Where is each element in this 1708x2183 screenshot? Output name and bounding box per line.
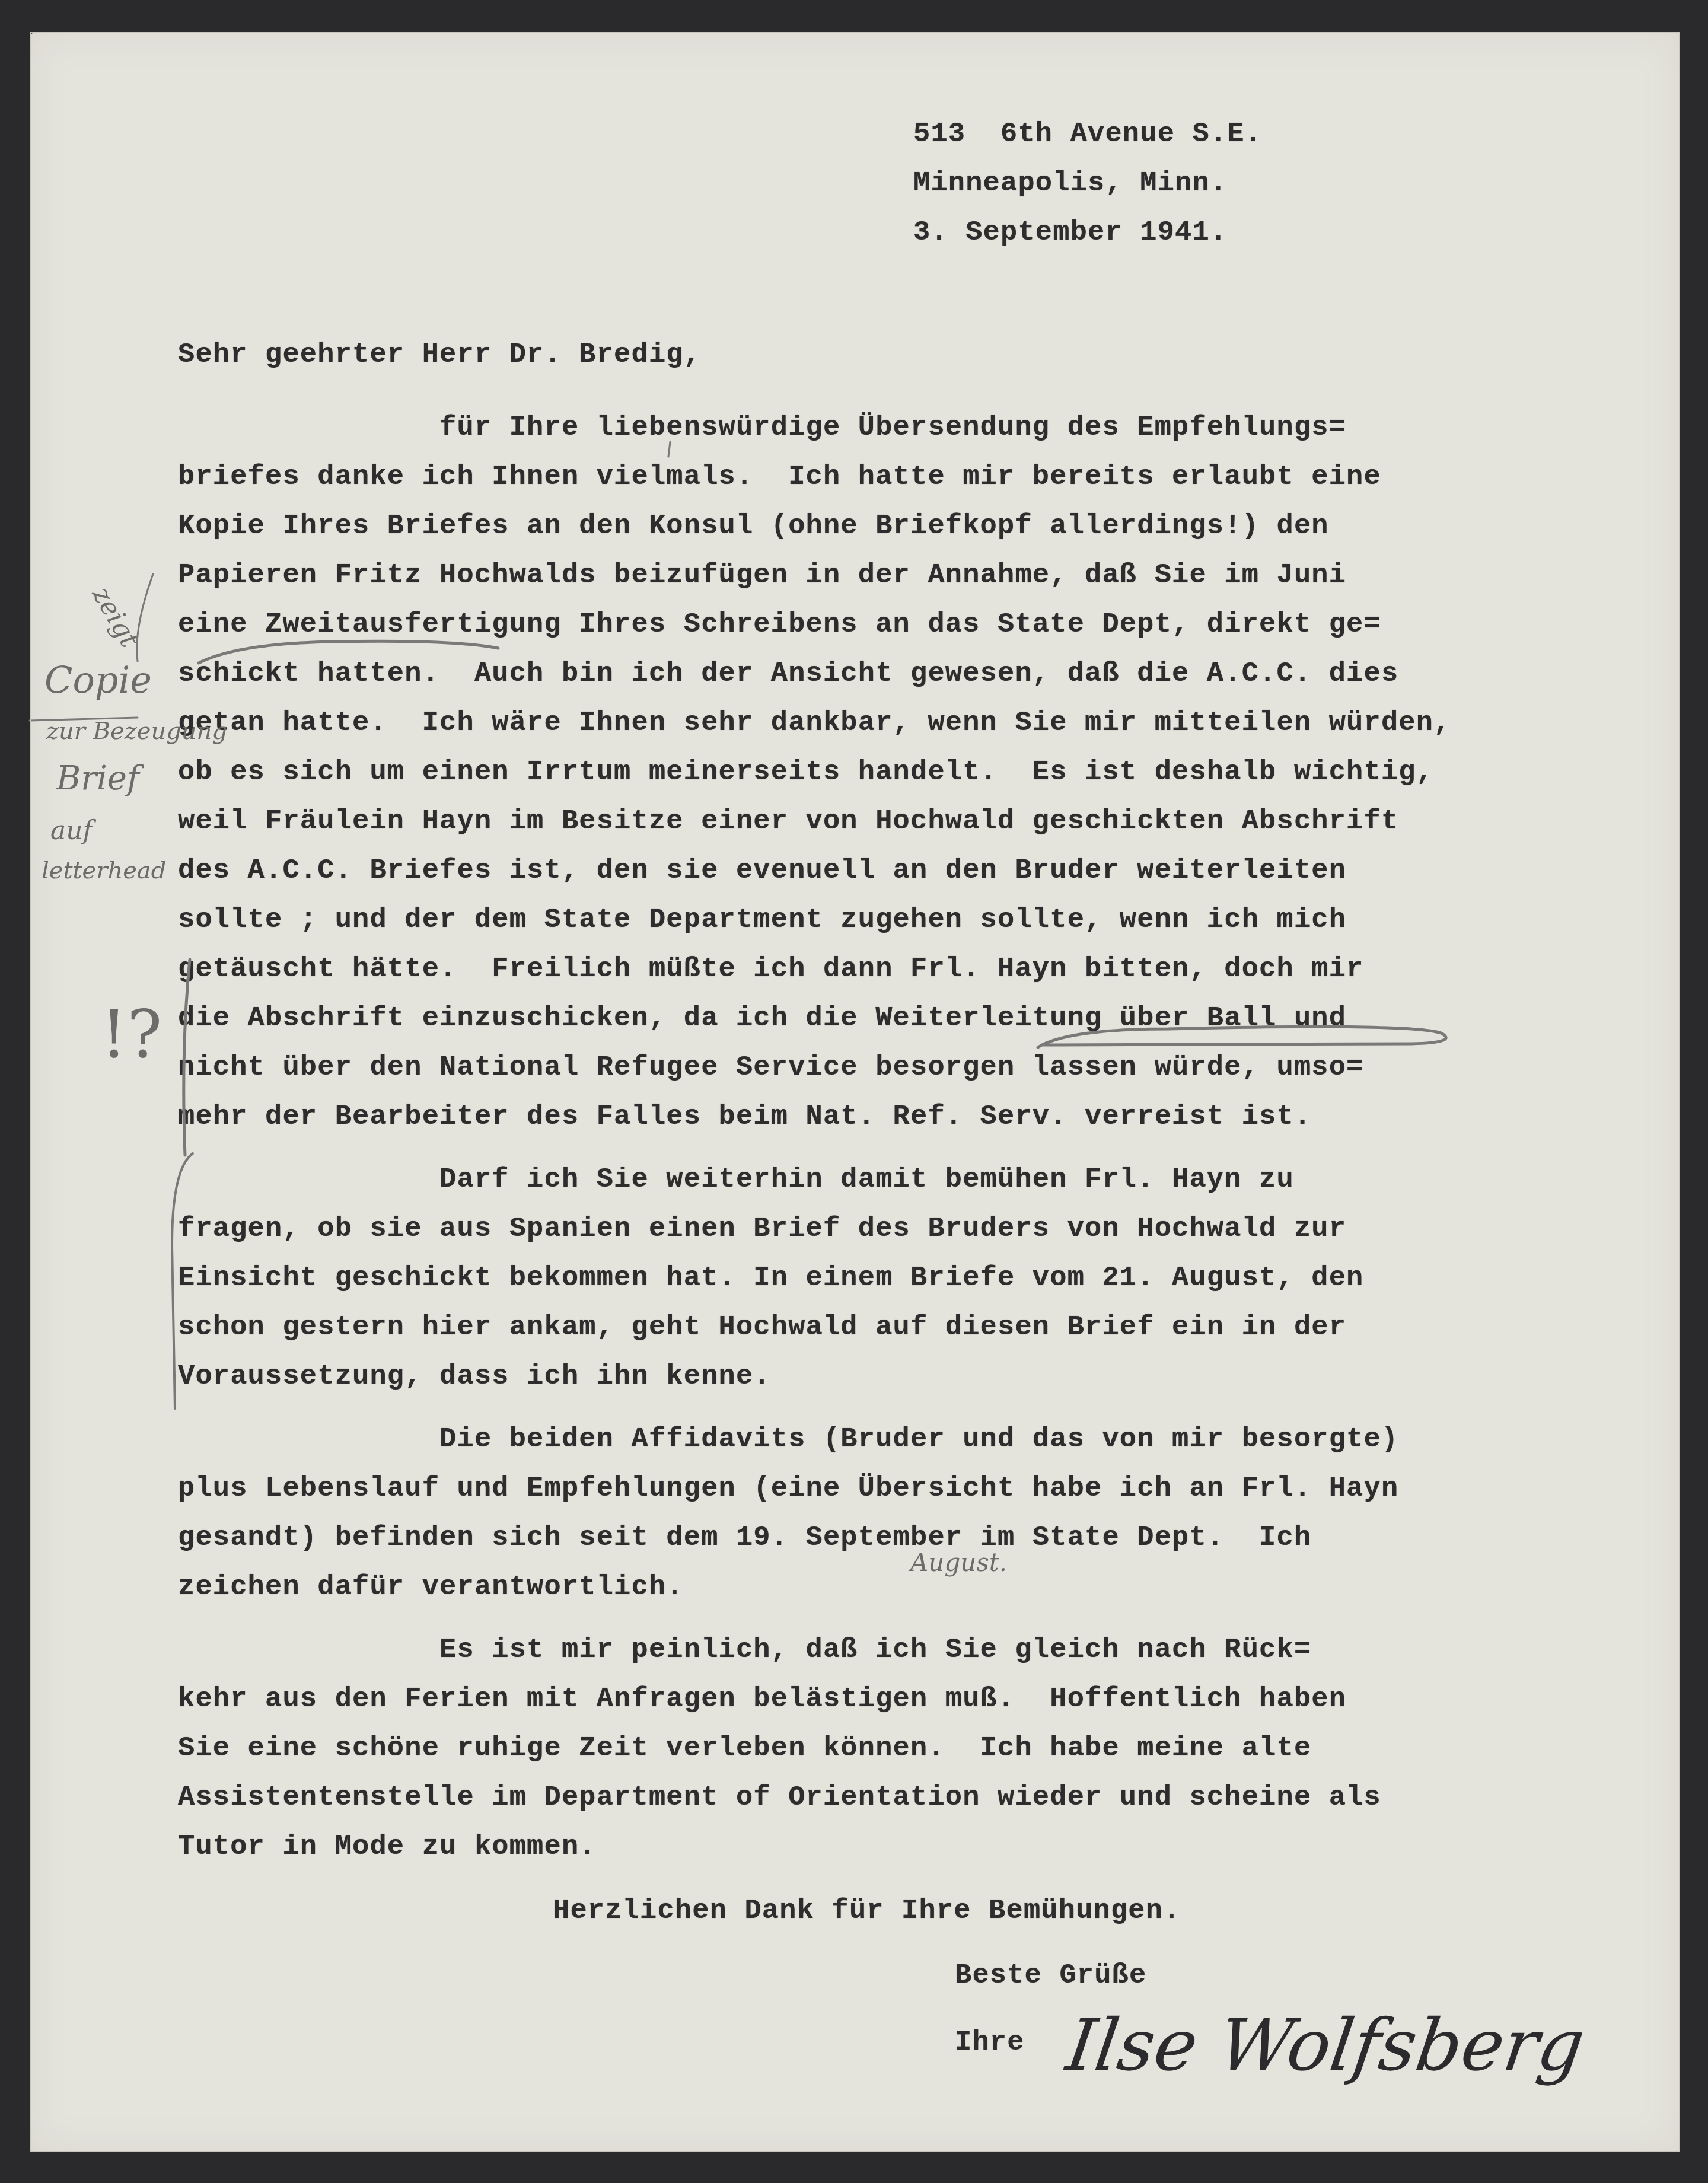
body-line: Die beiden Affidavits (Bruder und das vo… (178, 1424, 1398, 1455)
body-line: Papieren Fritz Hochwalds beizufügen in d… (178, 560, 1346, 591)
margin-note-line: letterhead (42, 857, 166, 884)
body-line: für Ihre liebenswürdige Übersendung des … (178, 412, 1346, 444)
body-line: ob es sich um einen Irrtum meinerseits h… (178, 757, 1433, 788)
body-line: briefes danke ich Ihnen vielmals. Ich ha… (178, 461, 1381, 493)
closing-ihre: Ihre (955, 2027, 1025, 2058)
salutation: Sehr geehrter Herr Dr. Bredig, (178, 339, 701, 371)
margin-note-line: Brief (56, 759, 139, 798)
body-line: weil Fräulein Hayn im Besitze einer von … (178, 806, 1398, 837)
body-line: nicht über den National Refugee Service … (178, 1052, 1364, 1083)
margin-note-exclaim-question: !? (101, 996, 162, 1072)
signature: Ilse Wolfsberg (1062, 2004, 1589, 2087)
body-line: mehr der Bearbeiter des Falles beim Nat.… (178, 1101, 1311, 1133)
body-line: Einsicht geschickt bekommen hat. In eine… (178, 1263, 1364, 1294)
body-line: fragen, ob sie aus Spanien einen Brief d… (178, 1213, 1346, 1245)
body-line: Sie eine schöne ruhige Zeit verleben kön… (178, 1733, 1311, 1764)
body-line: des A.C.C. Briefes ist, den sie evenuell… (178, 855, 1346, 887)
body-line: schon gestern hier ankam, geht Hochwald … (178, 1312, 1346, 1343)
body-line: gesandt) befinden sich seit dem 19. Sept… (178, 1522, 1311, 1554)
handwritten-correction: August. (910, 1548, 1007, 1577)
body-line: kehr aus den Ferien mit Anfragen belästi… (178, 1684, 1346, 1715)
body-line: Voraussetzung, dass ich ihn kenne. (178, 1361, 771, 1392)
margin-note-line: zur Bezeugung (46, 718, 227, 745)
body-line: getäuscht hätte. Freilich müßte ich dann… (178, 954, 1364, 985)
body-line: Kopie Ihres Briefes an den Konsul (ohne … (178, 511, 1329, 542)
body-line: getan hatte. Ich wäre Ihnen sehr dankbar… (178, 708, 1451, 739)
body-line: schickt hatten. Auch bin ich der Ansicht… (178, 658, 1398, 690)
address-city: Minneapolis, Minn. (913, 168, 1227, 199)
margin-note-line: auf (50, 815, 93, 846)
body-line: Tutor in Mode zu kommen. (178, 1831, 597, 1863)
body-line: Darf ich Sie weiterhin damit bemühen Frl… (178, 1164, 1294, 1196)
body-line: Es ist mir peinlich, daß ich Sie gleich … (178, 1634, 1311, 1666)
body-line: eine Zweitausfertigung Ihres Schreibens … (178, 609, 1381, 640)
body-line: Assistentenstelle im Department of Orien… (178, 1782, 1381, 1814)
address-street: 513 6th Avenue S.E. (913, 119, 1262, 150)
closing-greeting: Beste Grüße (955, 1960, 1146, 1991)
body-line: sollte ; und der dem State Department zu… (178, 904, 1346, 936)
body-line: zeichen dafür verantwortlich. (178, 1572, 684, 1603)
closing-thanks: Herzlichen Dank für Ihre Bemühungen. (553, 1895, 1181, 1927)
margin-note-line: Copie (44, 658, 152, 702)
letter-date: 3. September 1941. (913, 217, 1227, 248)
body-line: die Abschrift einzuschicken, da ich die … (178, 1003, 1346, 1034)
body-line: plus Lebenslauf und Empfehlungen (eine Ü… (178, 1473, 1398, 1505)
